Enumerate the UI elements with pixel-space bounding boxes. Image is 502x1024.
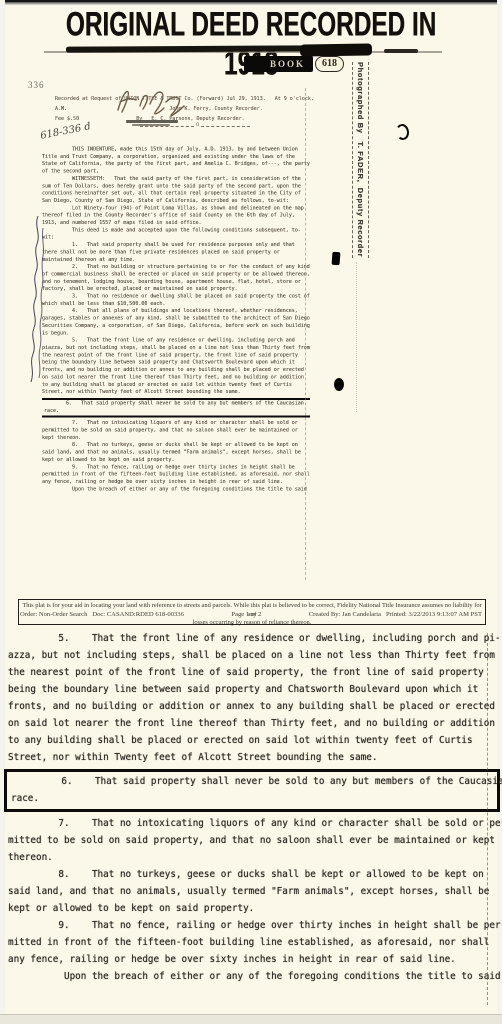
deed-text-line-covenant: 6. That said property shall never be sol… (11, 773, 497, 790)
deed-paragraph: 2. That no building or structure pertain… (42, 264, 310, 293)
enlarged-deed-text: 5. That the front line of any residence … (8, 630, 494, 985)
deed-text-line: being the boundary line between said pro… (8, 681, 494, 698)
scan-page-number: 336 (28, 80, 45, 90)
stamp-obscured-text: BOOK (244, 56, 313, 72)
left-margin-handwriting (27, 150, 45, 390)
deed-text-line: 8. That no turkeys, geese or ducks shall… (8, 866, 494, 883)
deed-book-stamp: BOOK 618 (244, 56, 344, 72)
deed-text-line: to any building shall be placed or erect… (8, 732, 494, 749)
deed-paragraph: 7. That no intoxicating liquors of any k… (42, 420, 310, 442)
deed-text-line: thereon. (8, 849, 494, 866)
section-divider: o (140, 126, 250, 131)
deed-text-line: mitted in front of the fifteen-foot buil… (8, 934, 494, 951)
deed-text-line: azza, but not including steps, shall be … (8, 647, 494, 664)
recorder-signature (112, 84, 190, 120)
deed-text-line: mitted to be sold on said property, and … (8, 832, 494, 849)
typed-column-edge-line (305, 88, 306, 580)
document-page: ORIGINAL DEED RECORDED IN 1913 BOOK 618 … (0, 0, 502, 1024)
notary-smudge (126, 120, 178, 123)
deed-paragraph: 3. That no residence or dwelling shall b… (42, 293, 310, 308)
deed-paragraph: WITNESSETH: That the said party of the f… (42, 175, 310, 204)
deed-text-line: on said lot nearer the front line thereo… (8, 715, 494, 732)
deed-body-text: THIS INDENTURE, made this 15th day of Ju… (42, 146, 310, 582)
deed-text-line: the nearest point of the front line of s… (8, 664, 494, 681)
page-edge-line (487, 633, 488, 1005)
deed-text-line: Upon the breach of either or any of the … (8, 968, 494, 985)
deed-text-line: kept or allowed to be kept on said prope… (8, 900, 494, 917)
scan-racial-covenant-box: 6. That said property shall never be sol… (42, 398, 310, 418)
deed-paragraph: 1. That said property shall be used for … (42, 242, 310, 264)
bottom-edge-bar (0, 1014, 502, 1024)
deed-paragraph: Lot Ninety-four (94) of Point Loma Villa… (42, 205, 310, 227)
deed-paragraph: This deed is made and accepted upon the … (42, 227, 310, 242)
page-fold-dots (356, 262, 357, 412)
deed-paragraph-covenant: 6. That said property shall never be sol… (44, 400, 310, 415)
footer-order-doc: Order: Non-Order Search Doc: CASAND:RDED… (20, 611, 184, 618)
deed-text-line: fronts, and no building or addition or a… (8, 698, 494, 715)
deed-paragraph: 4. That all plans of buildings and locat… (42, 308, 310, 337)
footer-created-printed: Created By: Jan Candelaria Printed: 3/22… (309, 611, 482, 618)
deed-text-line: 5. That the front line of any residence … (8, 630, 494, 647)
binder-mark (334, 378, 344, 391)
print-footer: Order: Non-Order Search Doc: CASAND:RDED… (20, 611, 482, 618)
deed-text-line: 7. That no intoxicating liquors of any k… (8, 815, 494, 832)
photographer-note: Photographed By T. FADER, Deputy Recorde… (352, 62, 369, 258)
deed-text-line: 9. That no fence, railing or hedge over … (8, 917, 494, 934)
deed-paragraph: THIS INDENTURE, made this 15th day of Ju… (42, 146, 310, 175)
deed-scan: BOOK 618 336 Recorded at Request of UNIO… (0, 54, 502, 594)
binder-mark (332, 252, 341, 266)
racial-covenant-box: 6. That said property shall never be sol… (4, 769, 500, 812)
stamp-book-number: 618 (315, 56, 344, 72)
deed-text-line-covenant: race. (11, 790, 497, 807)
binder-mark (395, 123, 410, 141)
deed-paragraph: Upon the breach of either or any of the … (42, 486, 310, 493)
deed-paragraph: 5. That the front line of any residence … (42, 337, 310, 396)
plat-notice-line2: losses occurring by reason of reliance t… (19, 619, 485, 628)
deed-text-line: any fence, railing or hedge be over sixt… (8, 951, 494, 968)
footer-page-count: Page 1 of 2 (231, 611, 261, 618)
deed-paragraph: 8. That no turkeys, geese or ducks shall… (42, 442, 310, 464)
deed-text-line: said land, and that no animals, usually … (8, 883, 494, 900)
top-edge-bar (0, 0, 502, 5)
ink-smear-dash (384, 49, 418, 53)
deed-paragraph: 9. That no fence, railing or hedge over … (42, 464, 310, 486)
deed-text-line: Street, nor within Twenty feet of Alcott… (8, 749, 494, 766)
